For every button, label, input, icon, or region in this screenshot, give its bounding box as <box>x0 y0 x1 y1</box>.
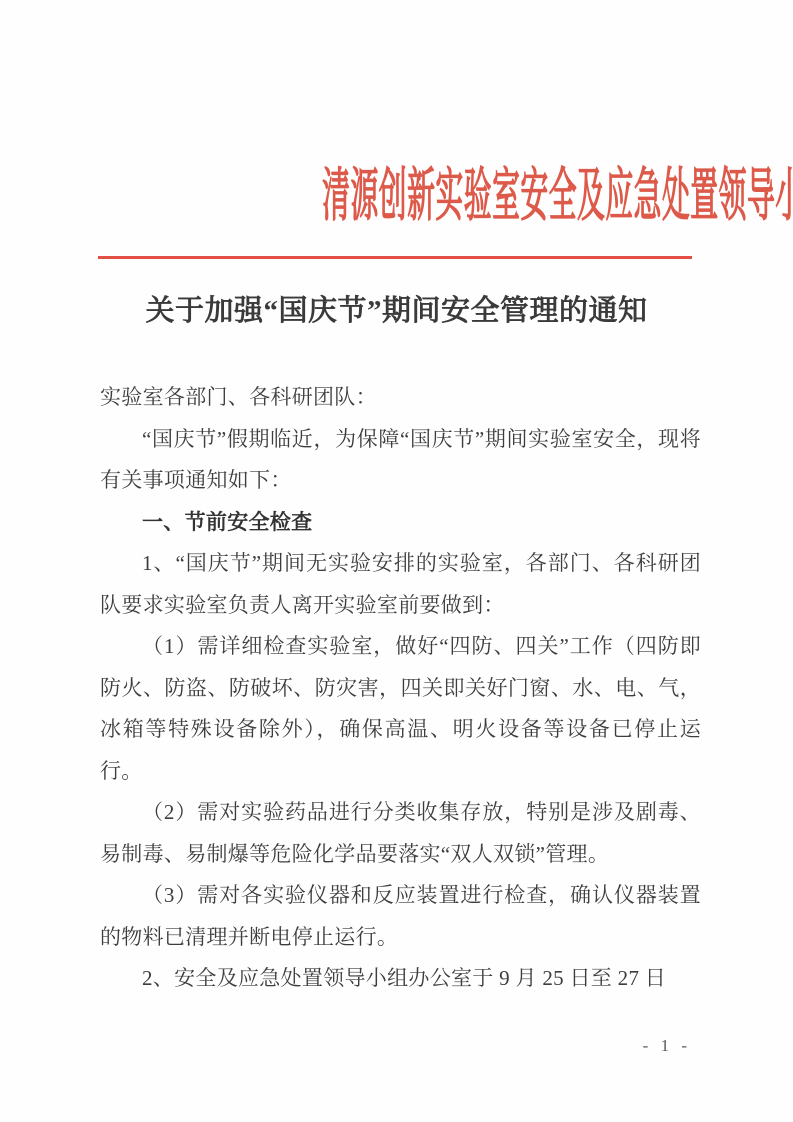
paragraph-item-1: 1、“国庆节”期间无实验安排的实验室，各部门、各科研团队要求实验室负责人离开实验… <box>100 543 701 626</box>
document-page: 清源创新实验室安全及应急处置领导小组办公室 关于加强“国庆节”期间安全管理的通知… <box>0 0 793 1122</box>
page-number: - 1 - <box>643 1036 691 1056</box>
notice-body: 实验室各部门、各科研团队： “国庆节”假期临近，为保障“国庆节”期间实验室安全，… <box>100 377 701 1000</box>
letterhead-title: 清源创新实验室安全及应急处置领导小组办公室 <box>322 146 793 246</box>
paragraph-item-2: 2、安全及应急处置领导小组办公室于 9 月 25 日至 27 日 <box>100 958 701 1000</box>
notice-title: 关于加强“国庆节”期间安全管理的通知 <box>0 288 793 329</box>
letterhead: 清源创新实验室安全及应急处置领导小组办公室 <box>0 146 793 246</box>
paragraph-item-1-2: （2）需对实验药品进行分类收集存放，特别是涉及剧毒、易制毒、易制爆等危险化学品要… <box>100 792 701 875</box>
paragraph-item-1-3: （3）需对各实验仪器和反应装置进行检查，确认仪器装置的物料已清理并断电停止运行。 <box>100 875 701 958</box>
paragraph-intro: “国庆节”假期临近，为保障“国庆节”期间实验室安全，现将有关事项通知如下： <box>100 419 701 502</box>
paragraph-item-1-1: （1）需详细检查实验室，做好“四防、四关”工作（四防即防火、防盗、防破坏、防灾害… <box>100 626 701 792</box>
salutation: 实验室各部门、各科研团队： <box>100 377 701 419</box>
section-heading-pre-holiday-check: 一、节前安全检查 <box>100 502 701 544</box>
red-divider <box>98 256 692 259</box>
